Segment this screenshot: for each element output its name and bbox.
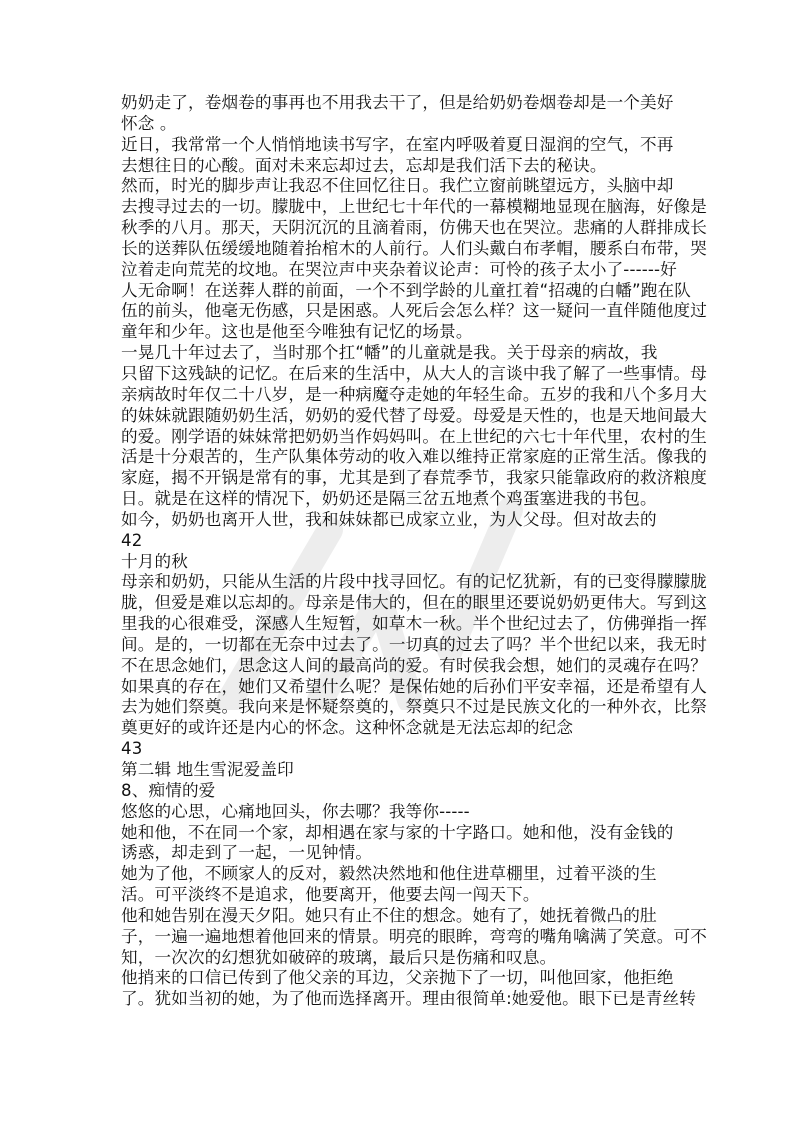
text-line: 长的送葬队伍缓缓地随着抬棺木的人前行。人们头戴白布孝帽，腰系白布带，哭	[121, 239, 691, 260]
text-line: 只留下这残缺的记忆。在后来的生活中，从大人的言谈中我了解了一些事情。母	[121, 364, 691, 385]
text-line: 了。犹如当初的她，为了他而选择离开。理由很简单:她爱他。眼下已是青丝转	[121, 989, 691, 1010]
text-line: 不在思念她们，思念这人间的最高尚的爱。有时侯我会想，她们的灵魂存在吗？	[121, 656, 691, 677]
text-line: 悠悠的心思，心痛地回头，你去哪？我等你-----	[121, 802, 691, 823]
text-line: 他和她告别在漫天夕阳。她只有止不住的想念。她有了，她抚着微凸的肚	[121, 906, 691, 927]
text-line: 母亲和奶奶，只能从生活的片段中找寻回忆。有的记忆犹新，有的已变得朦朦胧	[121, 572, 691, 593]
text-line: 活是十分艰苦的，生产队集体劳动的收入难以维持正常家庭的正常生活。像我的	[121, 447, 691, 468]
text-line: 奶奶走了，卷烟卷的事再也不用我去干了，但是给奶奶卷烟卷却是一个美好	[121, 93, 691, 114]
text-line: 去想往日的心酸。面对未来忘却过去，忘却是我们活下去的秘诀。	[121, 156, 691, 177]
text-line: 然而，时光的脚步声让我忍不住回忆往日。我伫立窗前眺望远方，头脑中却	[121, 176, 691, 197]
text-line: 知，一次次的幻想犹如破碎的玻璃，最后只是伤痛和叹息。	[121, 948, 691, 969]
text-line: 秋季的八月。那天，天阴沉沉的且滴着雨，仿佛天也在哭泣。悲痛的人群排成长	[121, 218, 691, 239]
text-line: 泣着走向荒芜的坟地。在哭泣声中夹杂着议论声：可怜的孩子太小了------好	[121, 260, 691, 281]
section-heading: 第二辑 地生雪泥爱盖印	[121, 760, 691, 781]
text-line: 奠更好的或许还是内心的怀念。这种怀念就是无法忘却的纪念	[121, 718, 691, 739]
text-line: 胧，但爱是难以忘却的。母亲是伟大的，但在的眼里还要说奶奶更伟大。写到这	[121, 593, 691, 614]
text-line: 如果真的存在，她们又希望什么呢？是保佑她的后孙们平安幸福，还是希望有人	[121, 677, 691, 698]
page-number: 43	[121, 739, 691, 760]
document-page: 奶奶走了，卷烟卷的事再也不用我去干了，但是给奶奶卷烟卷却是一个美好 怀念 。 近…	[0, 0, 793, 1122]
text-line: 一晃几十年过去了，当时那个扛“幡”的儿童就是我。关于母亲的病故，我	[121, 343, 691, 364]
document-body: 奶奶走了，卷烟卷的事再也不用我去干了，但是给奶奶卷烟卷却是一个美好 怀念 。 近…	[121, 93, 691, 1010]
text-line: 日。就是在这样的情况下，奶奶还是隔三岔五地煮个鸡蛋塞进我的书包。	[121, 489, 691, 510]
text-line: 子，一遍一遍地想着他回来的情景。明亮的眼眸，弯弯的嘴角噙满了笑意。可不	[121, 927, 691, 948]
text-line: 间。是的，一切都在无奈中过去了。一切真的过去了吗？半个世纪以来，我无时	[121, 635, 691, 656]
text-line: 亲病故时年仅二十八岁，是一种病魔夺走她的年轻生命。五岁的我和八个多月大	[121, 385, 691, 406]
text-line: 伍的前头，他毫无伤感，只是困惑。人死后会怎么样？这一疑问一直伴随他度过	[121, 301, 691, 322]
text-line: 她为了他，不顾家人的反对，毅然决然地和他住进草棚里，过着平淡的生	[121, 864, 691, 885]
text-line: 如今，奶奶也离开人世，我和妹妹都已成家立业，为人父母。但对故去的	[121, 510, 691, 531]
text-line: 他捎来的口信已传到了他父亲的耳边，父亲抛下了一切，叫他回家，他拒绝	[121, 968, 691, 989]
text-line: 她和他，不在同一个家，却相遇在家与家的十字路口。她和他，没有金钱的	[121, 823, 691, 844]
text-line: 近日，我常常一个人悄悄地读书写字，在室内呼吸着夏日湿润的空气，不再	[121, 135, 691, 156]
text-line: 去搜寻过去的一切。朦胧中，上世纪七十年代的一幕模糊地显现在脑海，好像是	[121, 197, 691, 218]
text-line: 人无命啊！在送葬人群的前面，一个不到学龄的儿童扛着“招魂的白幡”跑在队	[121, 281, 691, 302]
text-line: 童年和少年。这也是他至今唯独有记忆的场景。	[121, 322, 691, 343]
text-line: 家庭，揭不开锅是常有的事，尤其是到了春荒季节，我家只能靠政府的救济粮度	[121, 468, 691, 489]
text-line: 的爱。刚学语的妹妹常把奶奶当作妈妈叫。在上世纪的六七十年代里，农村的生	[121, 427, 691, 448]
text-line: 里我的心很难受，深感人生短暂，如草木一秋。半个世纪过去了，仿佛弹指一挥	[121, 614, 691, 635]
text-line: 去为她们祭奠。我向来是怀疑祭奠的，祭奠只不过是民族文化的一种外衣，比祭	[121, 697, 691, 718]
page-number: 42	[121, 531, 691, 552]
text-line: 怀念 。	[121, 114, 691, 135]
running-header: 十月的秋	[121, 552, 691, 573]
text-line: 的妹妹就跟随奶奶生活，奶奶的爱代替了母爱。母爱是天性的，也是天地间最大	[121, 406, 691, 427]
text-line: 活。可平淡终不是追求，他要离开，他要去闯一闯天下。	[121, 885, 691, 906]
chapter-title: 8、痴情的爱	[121, 781, 691, 802]
text-line: 诱惑，却走到了一起，一见钟情。	[121, 843, 691, 864]
